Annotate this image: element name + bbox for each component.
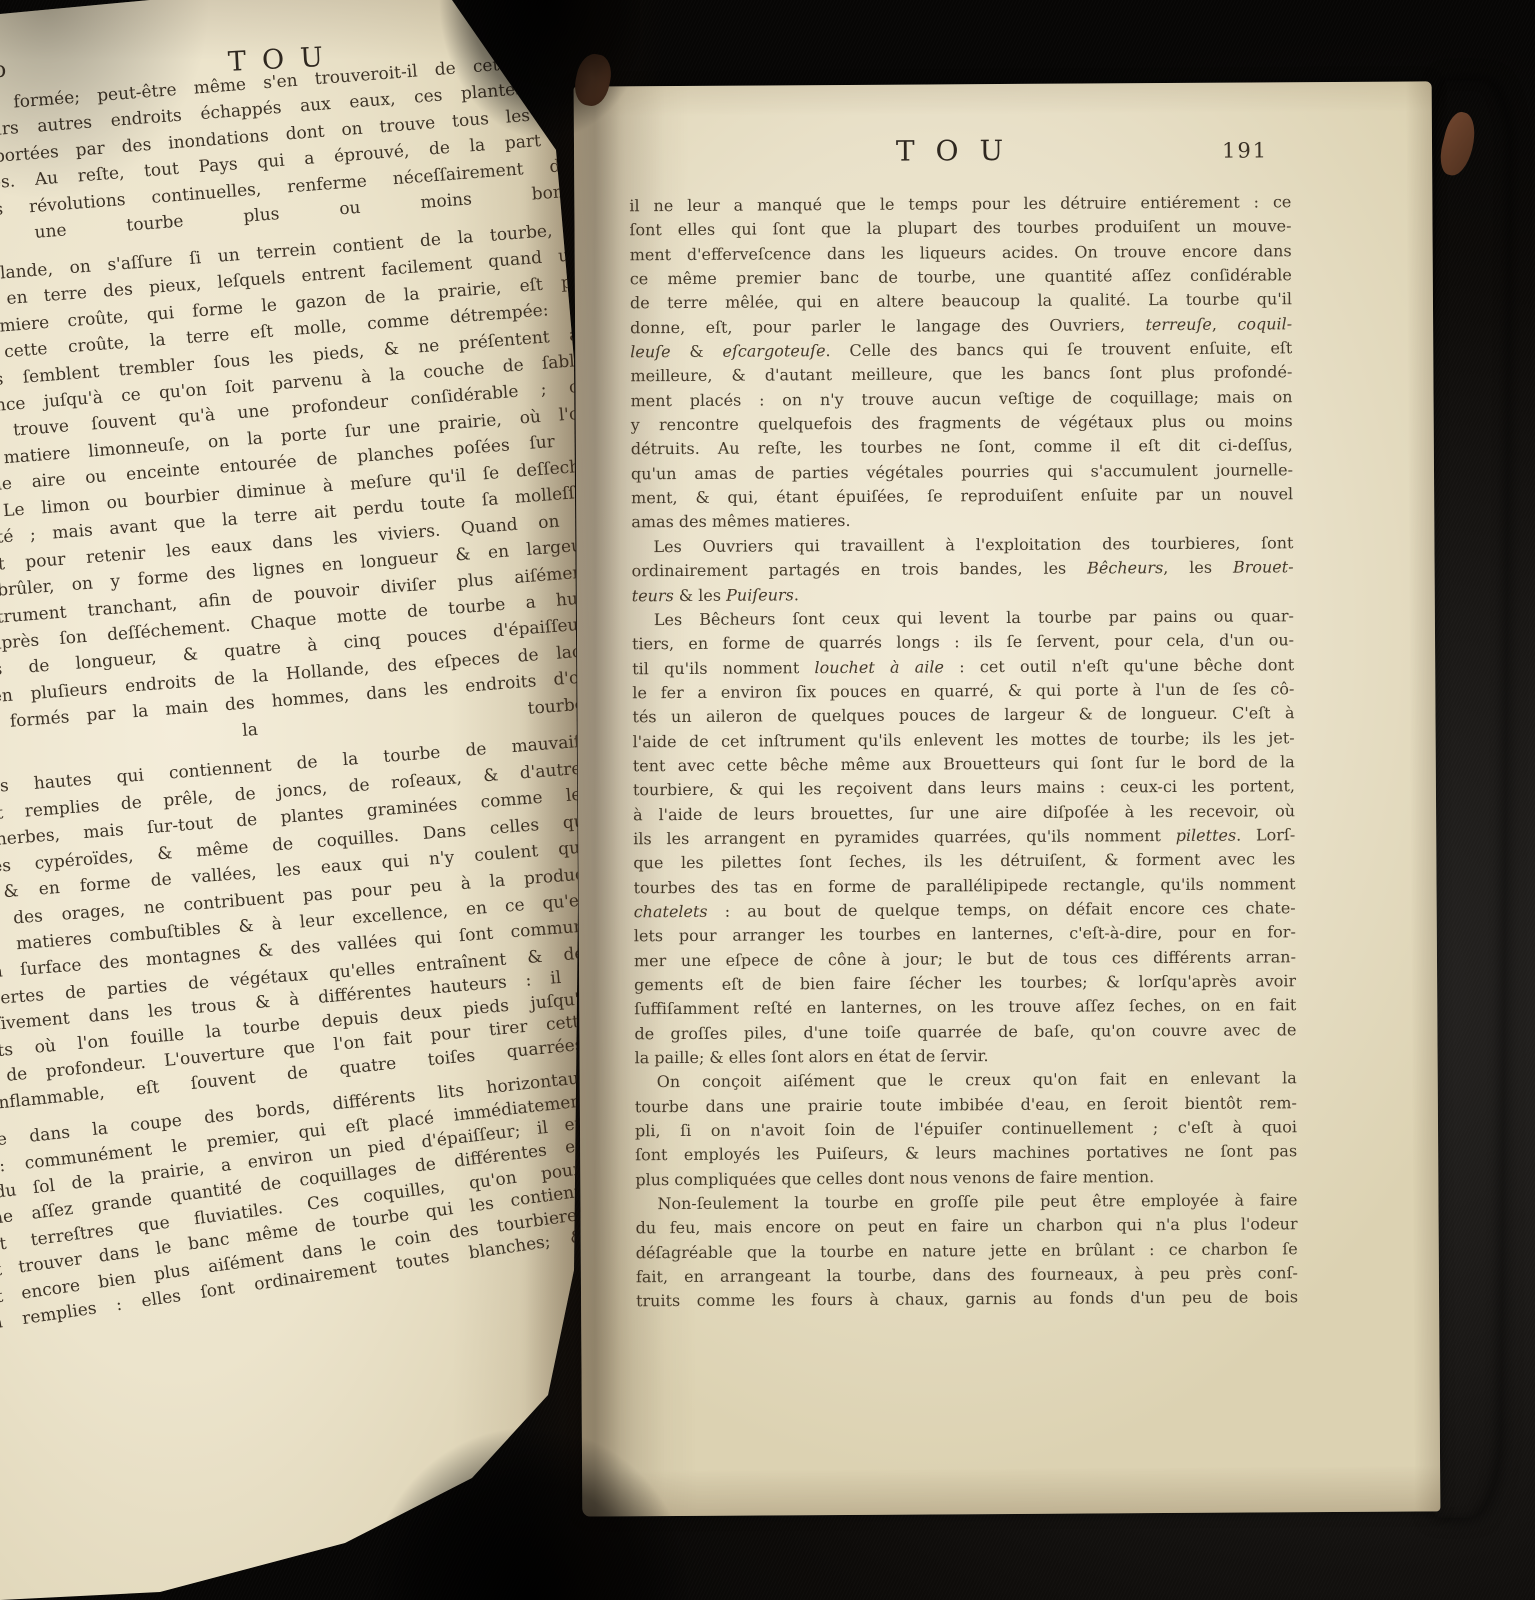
text-line: ſont elles qui ſont que la plupart des t…: [629, 215, 1291, 243]
text-line: tiers, en forme de quarrés longs : ils ſ…: [632, 628, 1294, 656]
text-line: de terre mêlée, qui en altere beaucoup l…: [630, 288, 1292, 316]
page-number: 191: [1222, 138, 1268, 162]
book-fore-edge: [1427, 80, 1511, 1518]
right-page-text: il ne leur a manqué que le temps pour le…: [629, 190, 1298, 1314]
left-page-text: a été formée; peut-être même s'en trouve…: [0, 0, 582, 1600]
text-line: ordinairement partagés en trois bandes, …: [632, 555, 1294, 583]
left-margin-fragment: o: [0, 58, 6, 83]
left-page: a été formée; peut-être même s'en trouve…: [0, 0, 582, 1600]
text-line: lets pour arranger les tourbes en lanter…: [634, 921, 1296, 949]
right-page-header: TOU: [629, 132, 1291, 169]
text-line: détruits. Au reſte, les tourbes ne ſont,…: [631, 434, 1293, 462]
text-line: truits comme les fours à chaux, garnis a…: [636, 1286, 1298, 1314]
text-line: que les pilettes ſont ſeches, ils les dé…: [633, 848, 1295, 876]
book-photo: TOU 191 il ne leur a manqué que le temps…: [0, 0, 1535, 1600]
text-line: tés un aileron de quelques pouces de lar…: [632, 701, 1294, 729]
text-line: tourbiere, & qui les reçoivent dans leur…: [633, 774, 1295, 802]
text-line: de groſſes piles, d'une toiſe quarrée de…: [634, 1018, 1296, 1046]
right-page: TOU 191 il ne leur a manqué que le temps…: [574, 81, 1441, 1516]
text-line: ſont employés les Puiſeurs, & leurs mach…: [635, 1140, 1297, 1168]
text-line: On conçoit aiſément que le creux qu'on f…: [635, 1067, 1297, 1095]
left-page-header: TOU: [227, 41, 339, 78]
text-line: meilleure, & d'autant meilleure, que les…: [630, 361, 1292, 389]
text-line: ſuffiſamment reſté en lanternes, on les …: [634, 994, 1296, 1022]
text-line: du feu, mais encore on peut en faire un …: [636, 1213, 1298, 1241]
text-line: ment, & qui, étant épuiſées, ſe reprodui…: [631, 482, 1293, 510]
